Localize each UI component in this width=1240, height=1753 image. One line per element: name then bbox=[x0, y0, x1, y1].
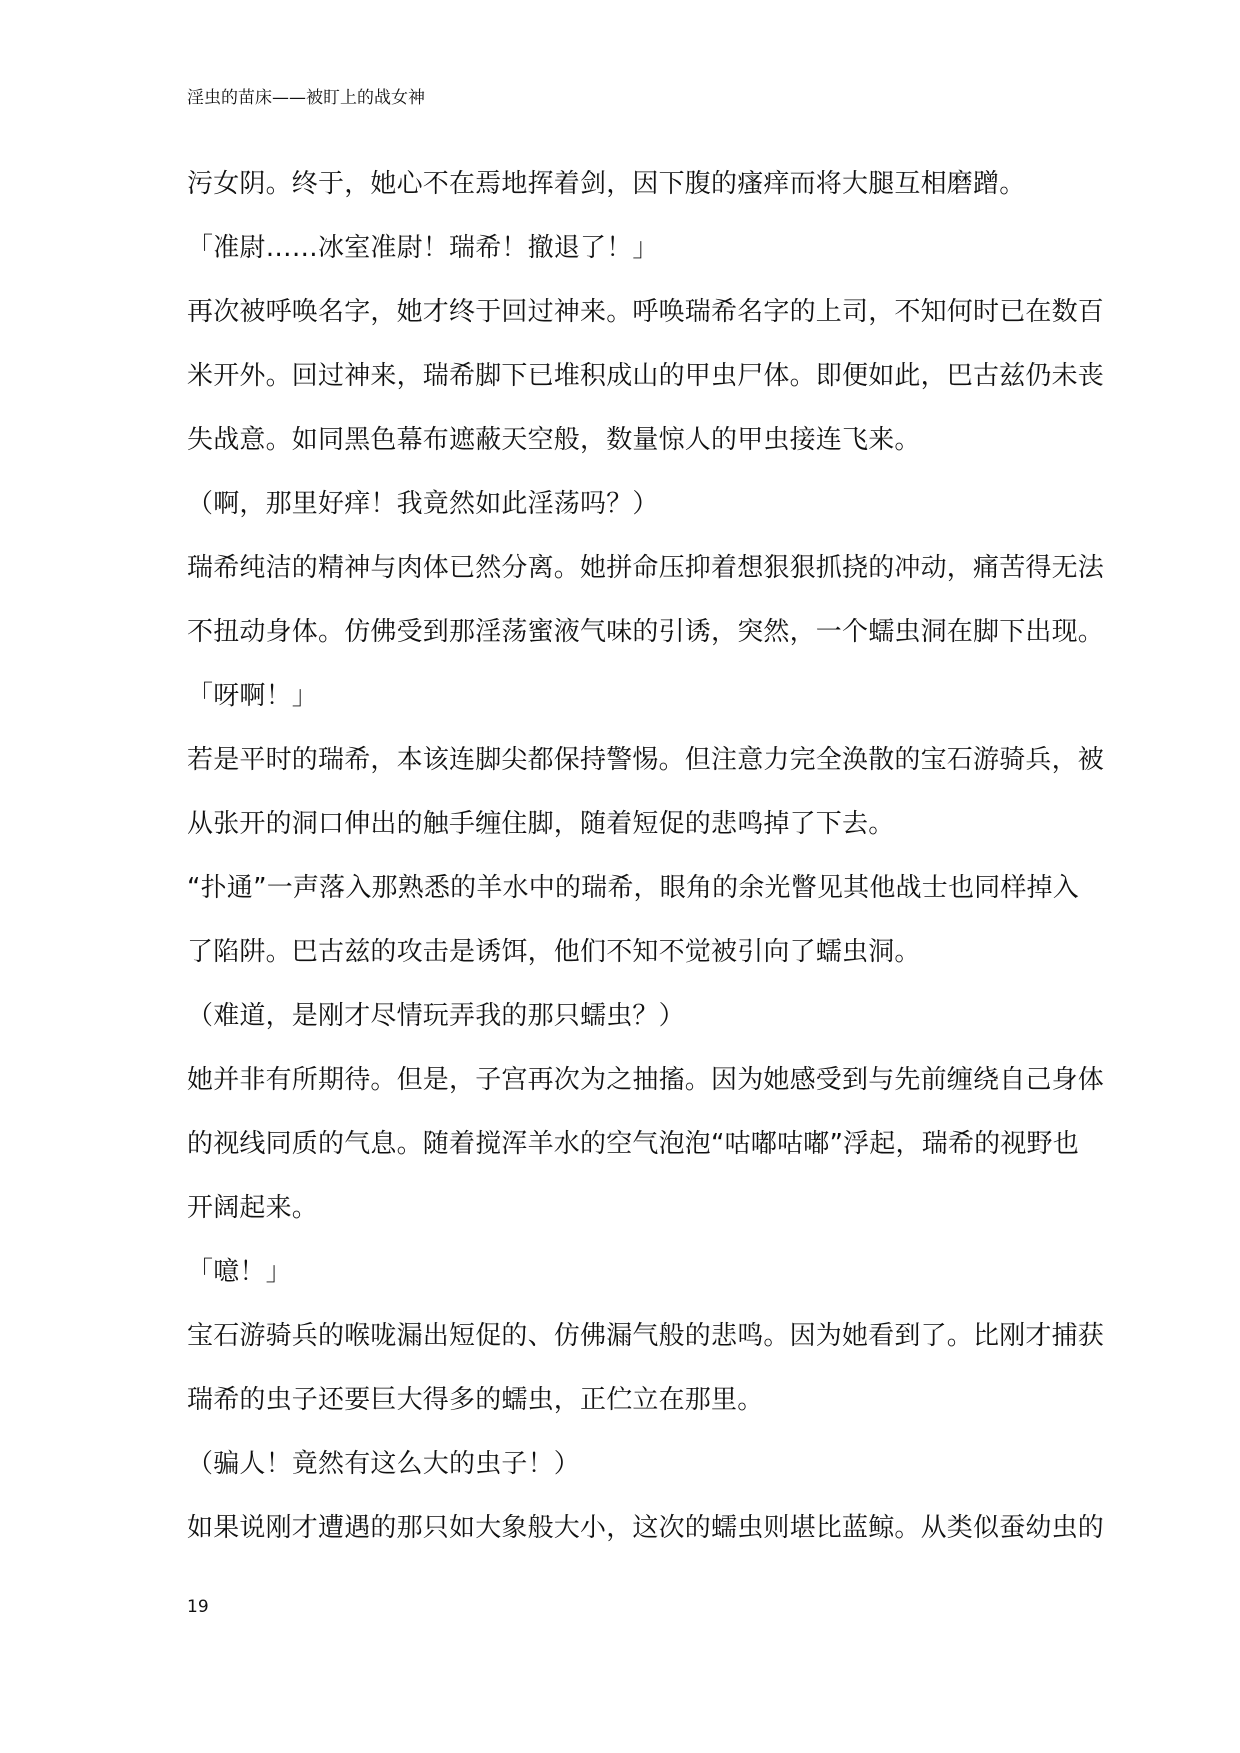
text-line: 不扭动身体。仿佛受到那淫荡蜜液气味的引诱，突然，一个蠕虫洞在脚下出现。 bbox=[187, 600, 1057, 664]
document-page: 淫虫的苗床——被盯上的战女神 污女阴。终于，她心不在焉地挥着剑，因下腹的瘙痒而将… bbox=[0, 0, 1240, 1753]
text-line: 如果说刚才遭遇的那只如大象般大小，这次的蠕虫则堪比蓝鲸。从类似蚕幼虫的 bbox=[187, 1496, 1057, 1560]
text-line: 再次被呼唤名字，她才终于回过神来。呼唤瑞希名字的上司，不知何时已在数百 bbox=[187, 280, 1057, 344]
text-line: 若是平时的瑞希，本该连脚尖都保持警惕。但注意力完全涣散的宝石游骑兵，被 bbox=[187, 728, 1057, 792]
dialogue-line: 「噫！」 bbox=[187, 1240, 1057, 1304]
dialogue-line: 「准尉……冰室准尉！瑞希！撤退了！」 bbox=[187, 216, 1057, 280]
text-line: 她并非有所期待。但是，子宫再次为之抽搐。因为她感受到与先前缠绕自己身体 bbox=[187, 1048, 1057, 1112]
text-line: 瑞希纯洁的精神与肉体已然分离。她拼命压抑着想狠狠抓挠的冲动，痛苦得无法 bbox=[187, 536, 1057, 600]
running-header: 淫虫的苗床——被盯上的战女神 bbox=[187, 86, 425, 110]
thought-line: （啊，那里好痒！我竟然如此淫荡吗？） bbox=[187, 472, 1057, 536]
text-line: “扑通”一声落入那熟悉的羊水中的瑞希，眼角的余光瞥见其他战士也同样掉入 bbox=[187, 856, 1057, 920]
text-line: 从张开的洞口伸出的触手缠住脚，随着短促的悲鸣掉了下去。 bbox=[187, 792, 1057, 856]
text-line: 宝石游骑兵的喉咙漏出短促的、仿佛漏气般的悲鸣。因为她看到了。比刚才捕获 bbox=[187, 1304, 1057, 1368]
text-line: 瑞希的虫子还要巨大得多的蠕虫，正伫立在那里。 bbox=[187, 1368, 1057, 1432]
text-line: 的视线同质的气息。随着搅浑羊水的空气泡泡“咕嘟咕嘟”浮起，瑞希的视野也 bbox=[187, 1112, 1057, 1176]
text-line: 米开外。回过神来，瑞希脚下已堆积成山的甲虫尸体。即便如此，巴古兹仍未丧 bbox=[187, 344, 1057, 408]
text-line: 开阔起来。 bbox=[187, 1176, 1057, 1240]
body-text: 污女阴。终于，她心不在焉地挥着剑，因下腹的瘙痒而将大腿互相磨蹭。 「准尉……冰室… bbox=[187, 152, 1057, 1560]
text-line: 污女阴。终于，她心不在焉地挥着剑，因下腹的瘙痒而将大腿互相磨蹭。 bbox=[187, 152, 1057, 216]
text-line: 了陷阱。巴古兹的攻击是诱饵，他们不知不觉被引向了蠕虫洞。 bbox=[187, 920, 1057, 984]
thought-line: （难道，是刚才尽情玩弄我的那只蠕虫？） bbox=[187, 984, 1057, 1048]
page-number: 19 bbox=[187, 1595, 209, 1619]
text-line: 失战意。如同黑色幕布遮蔽天空般，数量惊人的甲虫接连飞来。 bbox=[187, 408, 1057, 472]
thought-line: （骗人！竟然有这么大的虫子！） bbox=[187, 1432, 1057, 1496]
dialogue-line: 「呀啊！」 bbox=[187, 664, 1057, 728]
